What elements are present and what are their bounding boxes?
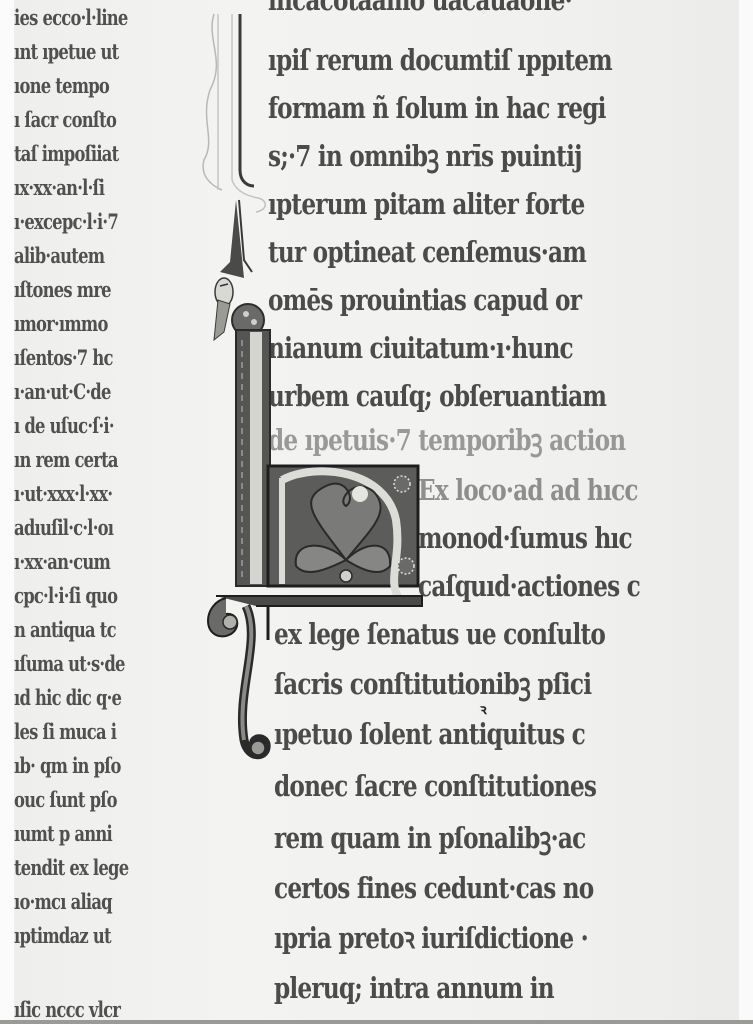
- text-line: adıuſil·c·l·oı: [14, 513, 113, 543]
- text-line: n antiqua tc: [14, 615, 116, 645]
- manuscript-page: ies ecco·l·line ınt ıpetue ut ıone tempo…: [0, 0, 753, 1024]
- text-line: ı ſacr conſto: [14, 105, 116, 135]
- text-line: rem quam in pſonalibꝫ·ac: [274, 818, 585, 858]
- text-line: ıb· qm in pſo: [14, 751, 121, 781]
- text-line: ı·an·ut·C·de: [14, 377, 111, 407]
- text-line: ıpria pretoꝛ iuriſdictione ·: [274, 918, 588, 958]
- text-line: ı de uſuc·ſ·i·: [14, 411, 114, 441]
- interlinear-annotation: ꝛ: [480, 700, 487, 719]
- left-text-column: ies ecco·l·line ınt ıpetue ut ıone tempo…: [14, 0, 200, 1024]
- text-line: incacotaamo uacauaone·: [268, 0, 572, 20]
- text-line: ouc ſunt pſo: [14, 785, 117, 815]
- text-line: ſacris conſtitutionibꝫ pſici: [274, 664, 591, 704]
- text-line: ın rem certa: [14, 445, 118, 475]
- text-line: urbem cauſq; obſeruantiam: [268, 376, 606, 416]
- text-line: alib·autem: [14, 241, 104, 271]
- text-line: omēs prouintias capud or: [268, 280, 581, 320]
- text-line: Ex loco·ad ad hıcc: [418, 470, 638, 510]
- text-line: tur optineat cenſemus·am: [268, 232, 586, 272]
- text-line: ınt ıpetue ut: [14, 37, 118, 67]
- text-line: ıumt p anni: [14, 819, 112, 849]
- text-line: cpc·l·i·ſi quo: [14, 581, 117, 611]
- text-line: ex lege ſenatus ue conſulto: [274, 614, 605, 654]
- photo-bottom-edge: [0, 1020, 753, 1024]
- text-line: ıo·mcı aliaq: [14, 887, 112, 917]
- text-line: donec ſacre conſtitutiones: [274, 766, 596, 806]
- right-paper-edge: [739, 0, 753, 1024]
- text-line: formam ñ ſolum in hac regi: [268, 88, 606, 128]
- text-line: ıd hic dic q·e: [14, 683, 121, 713]
- text-line: ıſtones mre: [14, 275, 111, 305]
- text-line: s;·7 in omnibꝫ nrīs puintij: [268, 136, 582, 176]
- right-text-column: incacotaamo uacauaone· ıpiſ rerum documt…: [268, 0, 739, 1024]
- text-line: ıpterum pitam aliter forte: [268, 184, 584, 224]
- left-paper-edge: [0, 0, 14, 1024]
- text-line: ıſuma ut·s·de: [14, 649, 125, 679]
- text-line: monod·ſumus hıc: [418, 518, 632, 558]
- text-line: ıſentos·7 hc: [14, 343, 113, 373]
- text-line: ımor·ımmo: [14, 309, 108, 339]
- text-line: ı·ut·xxx·l·xx·: [14, 479, 112, 509]
- text-line: certos fines cedunt·cas no: [274, 868, 593, 908]
- text-line: taſ impoſiiat: [14, 139, 118, 169]
- text-line: ıpiſ rerum documtiſ ıppıtem: [268, 40, 612, 80]
- text-line: pleruq; intra annum in: [274, 968, 554, 1008]
- text-line: de ıpetuis·7 temporibꝫ action: [268, 420, 625, 460]
- text-line: ı·excepc·l·i·7: [14, 207, 118, 237]
- text-line: ıpetuo ſolent antiquitus c: [274, 714, 585, 754]
- text-line: caſquıd·actiones c: [418, 566, 640, 606]
- text-line: ıx·xx·an·l·ſi: [14, 173, 104, 203]
- text-line: ı·xx·an·cum: [14, 547, 110, 577]
- text-line: tendit ex lege: [14, 853, 128, 883]
- text-line: les ſi muca i: [14, 717, 116, 747]
- text-line: ıone tempo: [14, 71, 109, 101]
- text-line: ıptimdaz ut: [14, 921, 111, 951]
- text-line: ies ecco·l·line: [14, 3, 128, 33]
- text-line: nianum ciuitatum·ı·hunc: [268, 328, 573, 368]
